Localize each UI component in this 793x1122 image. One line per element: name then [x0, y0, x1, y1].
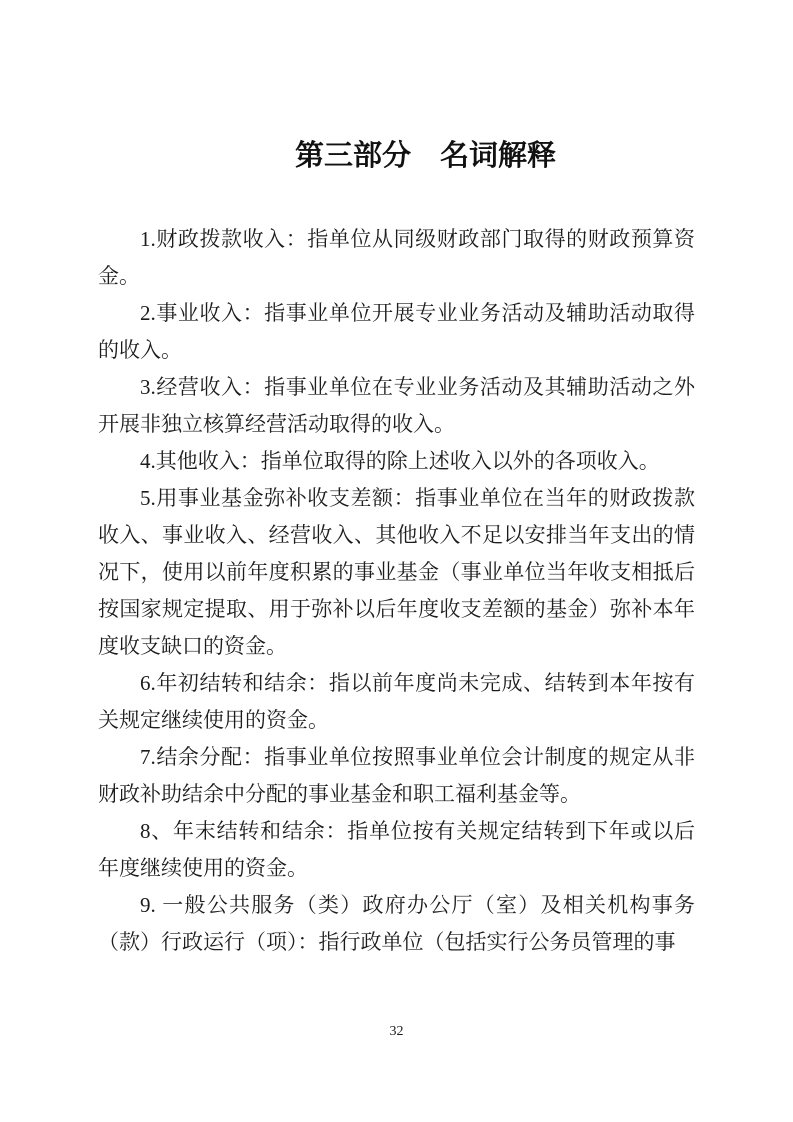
page-title: 第三部分 名词解释 [98, 135, 695, 177]
page-number: 32 [0, 1022, 793, 1042]
definition-paragraph: 5.用事业基金弥补收支差额：指事业单位在当年的财政拨款收入、事业收入、经营收入、… [98, 480, 695, 665]
definition-paragraph: 3.经营收入：指事业单位在专业业务活动及其辅助活动之外开展非独立核算经营活动取得… [98, 369, 695, 443]
definition-paragraph: 4.其他收入：指单位取得的除上述收入以外的各项收入。 [98, 443, 695, 480]
document-page: 第三部分 名词解释 1.财政拨款收入：指单位从同级财政部门取得的财政预算资金。2… [0, 0, 793, 1122]
document-body: 1.财政拨款收入：指单位从同级财政部门取得的财政预算资金。2.事业收入：指事业单… [98, 221, 695, 961]
definition-paragraph: 2.事业收入：指事业单位开展专业业务活动及辅助活动取得的收入。 [98, 295, 695, 369]
definition-paragraph: 8、年末结转和结余：指单位按有关规定结转到下年或以后年度继续使用的资金。 [98, 813, 695, 887]
definition-paragraph: 1.财政拨款收入：指单位从同级财政部门取得的财政预算资金。 [98, 221, 695, 295]
definition-paragraph: 6.年初结转和结余：指以前年度尚未完成、结转到本年按有关规定继续使用的资金。 [98, 665, 695, 739]
definition-paragraph: 9. 一般公共服务（类）政府办公厅（室）及相关机构事务（款）行政运行（项）：指行… [98, 887, 695, 961]
definition-paragraph: 7.结余分配：指事业单位按照事业单位会计制度的规定从非财政补助结余中分配的事业基… [98, 739, 695, 813]
